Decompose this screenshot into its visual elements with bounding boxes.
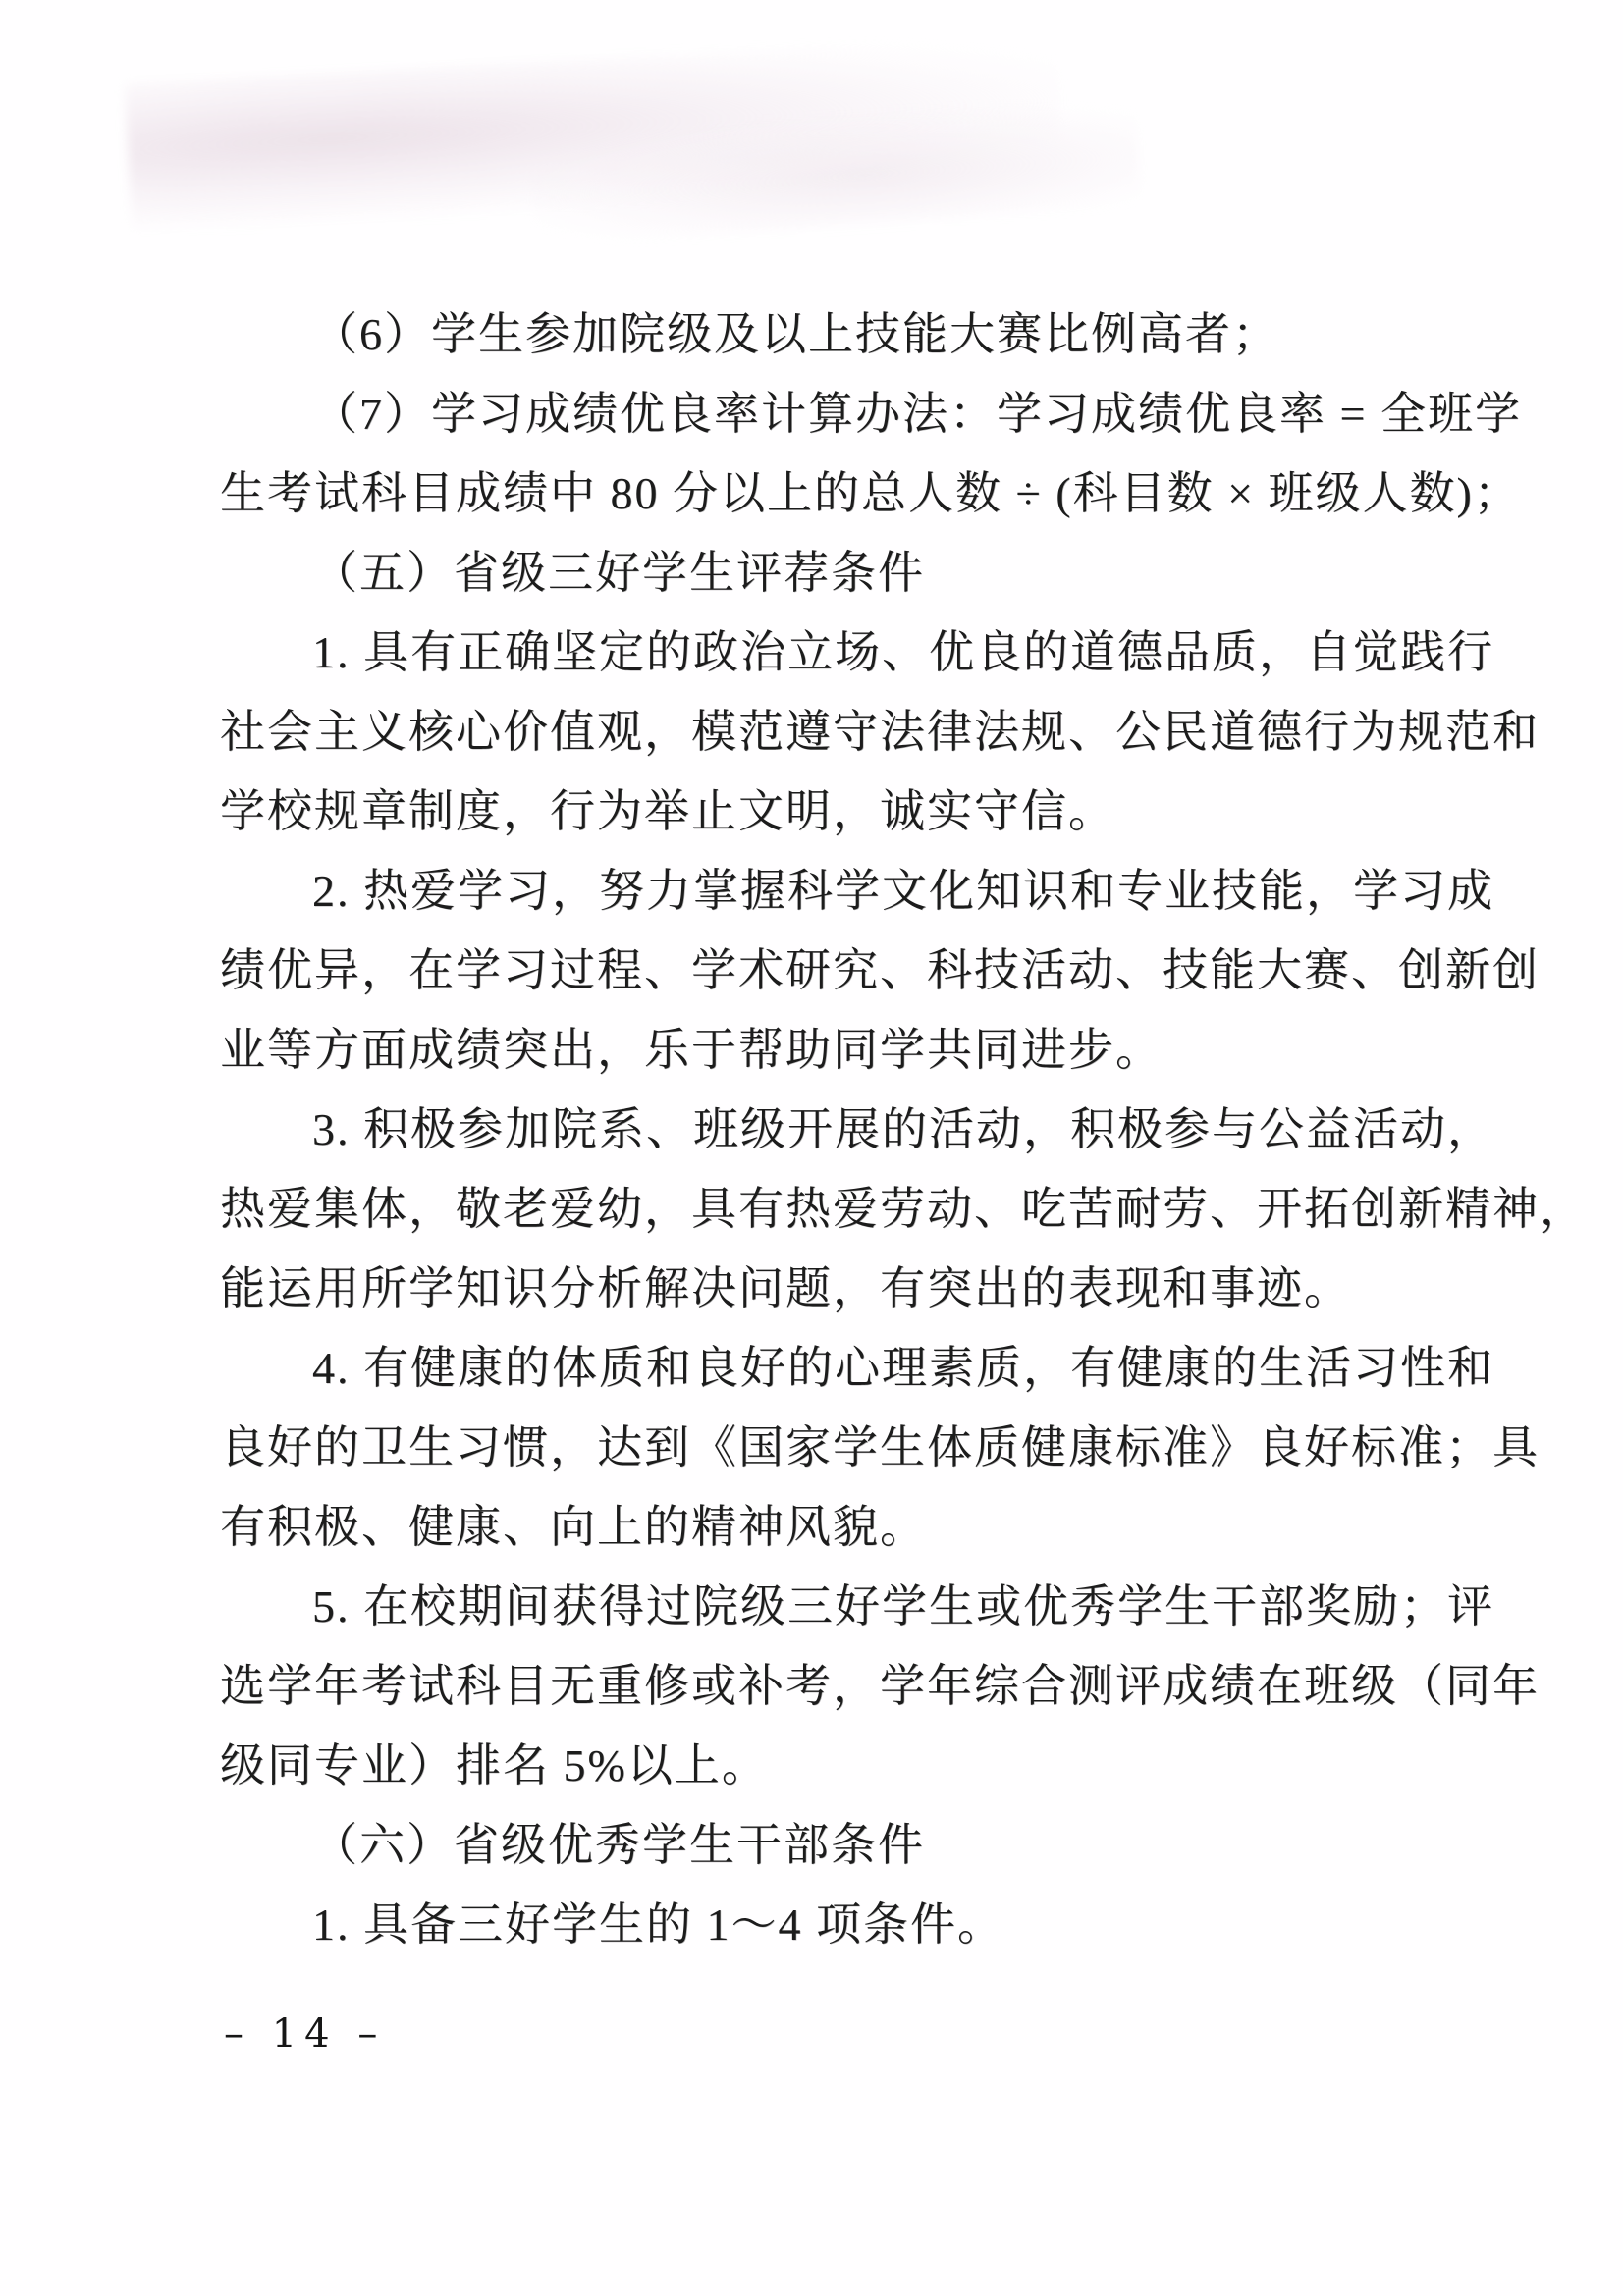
text-line: （7）学习成绩优良率计算办法：学习成绩优良率 = 全班学 bbox=[220, 374, 1447, 454]
text-line: 学校规章制度，行为举止文明，诚实守信。 bbox=[220, 772, 1447, 851]
text-line: 绩优异，在学习过程、学术研究、科技活动、技能大赛、创新创 bbox=[220, 931, 1447, 1010]
text-line: 级同专业）排名 5%以上。 bbox=[220, 1726, 1447, 1805]
text-line: 社会主义核心价值观，模范遵守法律法规、公民道德行为规范和 bbox=[220, 692, 1447, 772]
text-line: （五）省级三好学生评荐条件 bbox=[220, 533, 1447, 613]
text-line: 良好的卫生习惯，达到《国家学生体质健康标准》良好标准；具 bbox=[220, 1408, 1447, 1487]
text-line: 2. 热爱学习，努力掌握科学文化知识和专业技能，学习成 bbox=[220, 851, 1447, 931]
text-line: 有积极、健康、向上的精神风貌。 bbox=[220, 1487, 1447, 1567]
text-line: 3. 积极参加院系、班级开展的活动，积极参与公益活动， bbox=[220, 1090, 1447, 1169]
text-line: 5. 在校期间获得过院级三好学生或优秀学生干部奖励；评 bbox=[220, 1567, 1447, 1646]
document-page: （6）学生参加院级及以上技能大赛比例高者；（7）学习成绩优良率计算办法：学习成绩… bbox=[0, 0, 1623, 2296]
text-line: 业等方面成绩突出，乐于帮助同学共同进步。 bbox=[220, 1010, 1447, 1090]
page-number: – 14 – bbox=[224, 2012, 385, 2056]
text-line: 1. 具备三好学生的 1～4 项条件。 bbox=[220, 1885, 1447, 1964]
document-body: （6）学生参加院级及以上技能大赛比例高者；（7）学习成绩优良率计算办法：学习成绩… bbox=[220, 294, 1447, 1964]
text-line: （六）省级优秀学生干部条件 bbox=[220, 1805, 1447, 1885]
scan-smudge-artifact bbox=[125, 34, 1064, 231]
text-line: 热爱集体，敬老爱幼，具有热爱劳动、吃苦耐劳、开拓创新精神， bbox=[220, 1169, 1447, 1249]
text-line: 能运用所学知识分析解决问题，有突出的表现和事迹。 bbox=[220, 1249, 1447, 1328]
scan-smudge-artifact bbox=[527, 97, 1142, 247]
text-line: 生考试科目成绩中 80 分以上的总人数 ÷ (科目数 × 班级人数)； bbox=[220, 454, 1447, 533]
text-line: 4. 有健康的体质和良好的心理素质，有健康的生活习性和 bbox=[220, 1328, 1447, 1408]
text-line: （6）学生参加院级及以上技能大赛比例高者； bbox=[220, 294, 1447, 374]
text-line: 1. 具有正确坚定的政治立场、优良的道德品质，自觉践行 bbox=[220, 613, 1447, 692]
text-line: 选学年考试科目无重修或补考，学年综合测评成绩在班级（同年 bbox=[220, 1646, 1447, 1726]
